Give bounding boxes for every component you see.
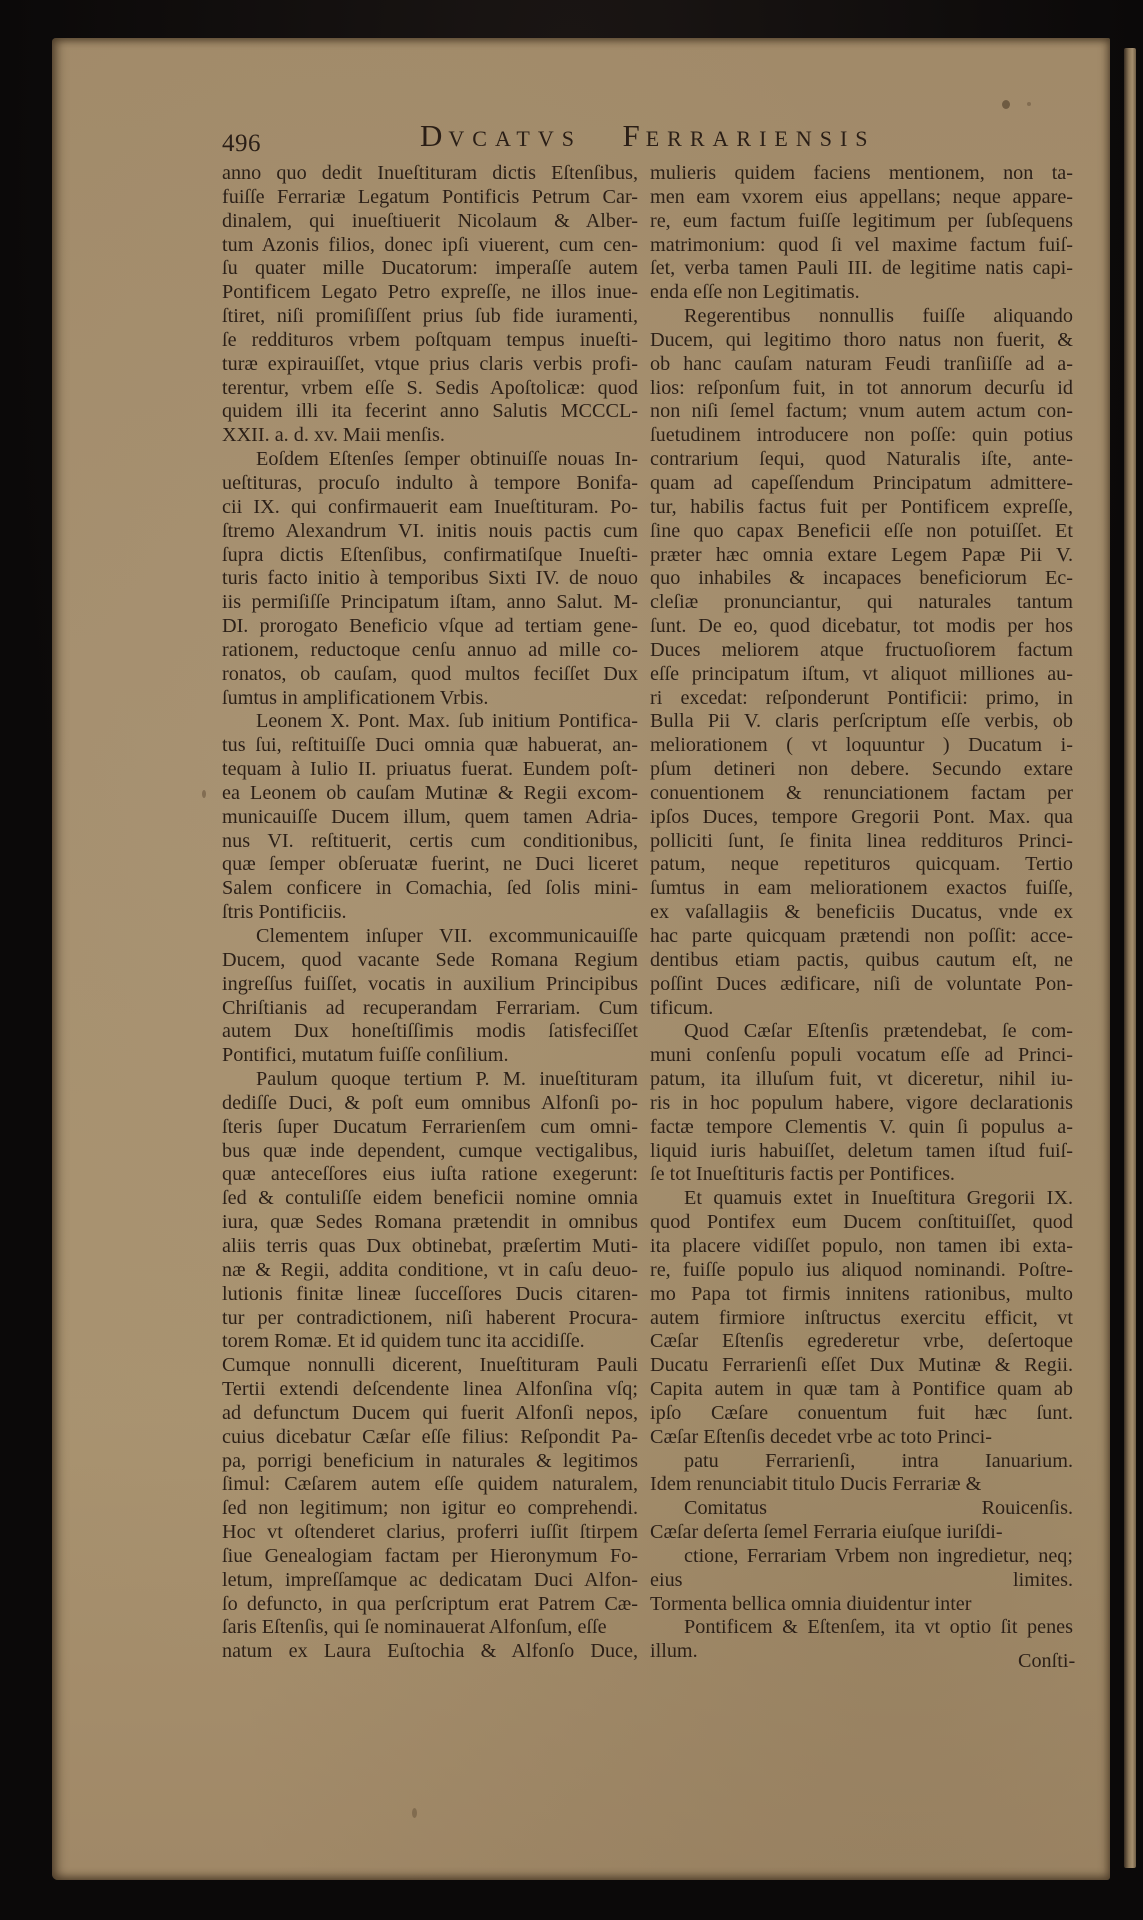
text-line: ita placere vidiſſet populo, non tamen i… [650,1235,1073,1259]
text-line: conuentionem & renunciationem factam per [650,782,1073,806]
text-line: turæ expirauiſſet, vtque prius claris ve… [222,353,638,377]
text-line: ſaris Eſtenſis, qui ſe nominauerat Alfon… [222,1616,638,1640]
text-line: terentur, vrbem eſſe S. Sedis Apoſtolicæ… [222,377,638,401]
text-line: tur per contradictionem, niſi haberent P… [222,1307,638,1331]
text-line: dentibus etiam pactis, quibus cautum eſt… [650,949,1073,973]
text-line: Quod Cæſar Eſtenſis prætendebat, ſe com- [650,1020,1073,1044]
text-line: mo Papa tot firmis innitens rationibus, … [650,1283,1073,1307]
text-line: ea Leonem ob cauſam Mutinæ & Regii excom… [222,782,638,806]
text-line: ſupra dictis Eſtenſibus, confirmatiſque … [222,544,638,568]
text-line: ſo defuncto, in qua perſcriptum erat Pat… [222,1593,638,1617]
text-line: ſteris ſuper Ducatum Ferrarienſem cum om… [222,1116,638,1140]
text-line: factæ tempore Clementis V. quin ſi popul… [650,1116,1073,1140]
text-line: Leonem X. Pont. Max. ſub initium Pontifi… [222,710,638,734]
text-line: Clementem inſuper VII. excommunicauiſſe [222,925,638,949]
running-title-cap-1: D [420,118,448,153]
running-title-word-1: VCATVS [448,126,582,151]
text-line: Pontificem Legato Petro expreſſe, ne ill… [222,281,638,305]
text-line: tus ſui, reſtituiſſe Duci omnia quæ habu… [222,734,638,758]
text-line: Chriſtianis ad recuperandam Ferrariam. C… [222,997,638,1021]
text-line: Tertii extendi deſcendente linea Alfonſi… [222,1378,638,1402]
text-line: ſine quo capax Beneficii eſſe non potuiſ… [650,520,1073,544]
text-line: polliciti ſunt, ſe finita linea redditur… [650,830,1073,854]
text-line: ſiue Genealogiam factam per Hieronymum F… [222,1545,638,1569]
text-line: ſed non legitimum; non igitur eo compreh… [222,1497,638,1521]
text-line: ſet, verba tamen Pauli III. de legitime … [650,257,1073,281]
text-line: ipſo Cæſare conuentum fuit hæc ſunt. [650,1402,1073,1426]
page-number: 496 [222,130,261,158]
text-line: cii IX. qui confirmauerit eam Inueſtitur… [222,496,638,520]
text-line: Comitatus Rouicenſis. [650,1497,1073,1521]
text-line: ronatos, ob cauſam, quod multos feciſſet… [222,663,638,687]
text-line: matrimonium: quod ſi vel maxime factum f… [650,234,1073,258]
text-line: Eoſdem Eſtenſes ſemper obtinuiſſe nouas … [222,448,638,472]
text-line: quo inhabiles & incapaces beneficiorum E… [650,567,1073,591]
text-line: nus VI. reſtituerit, certis cum conditio… [222,830,638,854]
text-line: tequam à Iulio II. priuatus fuerat. Eund… [222,758,638,782]
text-line: patu Ferrarienſi, intra Ianuarium. [650,1450,1073,1474]
text-line: enda eſſe non Legitimatis. [650,281,1073,305]
text-line: rationem, reductoque cenſu annuo ad mill… [222,639,638,663]
text-line: quæ anteceſſores eius iuſta ratione exeg… [222,1163,638,1187]
text-line: hac parte quicquam prætendi non poſſit: … [650,925,1073,949]
text-line: Et quamuis extet in Inueſtitura Gregorii… [650,1187,1073,1211]
text-line: Hoc vt oſtenderet clarius, proferri iuſſ… [222,1521,638,1545]
text-line: iura, quæ Sedes Romana prætendit in omni… [222,1211,638,1235]
text-line: ueſtituras, procuſo indulto à tempore Bo… [222,472,638,496]
text-line: ri excedat: reſponderunt Pontificii: pri… [650,687,1073,711]
text-line: ſe tot Inueſtituris factis per Pontifice… [650,1163,1073,1187]
text-line: næ & Regii, addita conditione, vt in caſ… [222,1259,638,1283]
text-line: DI. prorogato Beneficio vſque ad tertiam… [222,615,638,639]
text-line: re, eum factum fuiſſe legitimum per ſubſ… [650,210,1073,234]
text-line: Cæſar Eſtenſis egrederetur vrbe, deſerto… [650,1330,1073,1354]
running-title-word-2: ERRARIENSIS [646,126,876,151]
text-line: autem firmiore inſtructus exercitu effic… [650,1307,1073,1331]
text-line: anno quo dedit Inueſtituram dictis Eſten… [222,162,638,186]
left-text-column: anno quo dedit Inueſtituram dictis Eſten… [222,162,638,1664]
text-line: Capita autem in quæ tam à Pontifice quam… [650,1378,1073,1402]
text-line: ſumtus in amplificationem Vrbis. [222,687,638,711]
text-line: pa, porrigi beneficium in naturales & le… [222,1450,638,1474]
text-line: ſuetudinem introducere non poſſe: quin p… [650,424,1073,448]
text-line: Pontifici, mutatum fuiſſe conſilium. [222,1044,638,1068]
text-line: liquid iuris habuiſſet, deletum tamen iſ… [650,1140,1073,1164]
text-line: poſſint Duces ædificare, niſi de volunta… [650,973,1073,997]
text-line: Bulla Pii V. claris perſcriptum eſſe ver… [650,710,1073,734]
text-line: Ducatu Ferrarienſi eſſet Dux Mutinæ & Re… [650,1354,1073,1378]
text-line: Ducem, qui legitimo thoro natus non fuer… [650,329,1073,353]
text-line: ctione, Ferrariam Vrbem non ingredietur,… [650,1545,1073,1569]
text-line: tificum. [650,997,1073,1021]
right-text-column: mulieris quidem faciens mentionem, non t… [650,162,1073,1664]
catchword: Conſti- [1018,1650,1075,1673]
text-line: mulieris quidem faciens mentionem, non t… [650,162,1073,186]
text-line: letum, impreſſamque ac dedicatam Duci Al… [222,1569,638,1593]
text-line: Cæſar Eſtenſis decedet vrbe ac toto Prin… [650,1426,1073,1450]
text-line: muni conſenſu populi vocatum eſſe ad Pri… [650,1044,1073,1068]
text-line: iis permiſiſſe Principatum iſtam, anno S… [222,591,638,615]
text-line: ſumtus in eam meliorationem exactos fuiſ… [650,877,1073,901]
text-line: cuius dicebatur Cæſar eſſe filius: Reſpo… [222,1426,638,1450]
running-title-cap-2: F [622,118,645,153]
text-line: Salem conficere in Comachia, ſed ſolis m… [222,877,638,901]
text-line: lutionis finitæ lineæ ſucceſſores Ducis … [222,1283,638,1307]
text-line: turis facto initio à temporibus Sixti IV… [222,567,638,591]
text-line: aliis terris quas Dux obtinebat, præſert… [222,1235,638,1259]
text-line: quam ad capeſſendum Principatum admitter… [650,472,1073,496]
text-line: autem Dux honeſtiſſimis modis ſatisfeciſ… [222,1020,638,1044]
text-line: municauiſſe Ducem illum, quem tamen Adri… [222,806,638,830]
text-line: præter hæc omnia extare Legem Papæ Pii V… [650,544,1073,568]
text-line: Paulum quoque tertium P. M. inueſtituram [222,1068,638,1092]
text-line: fuiſſe Ferrariæ Legatum Pontificis Petru… [222,186,638,210]
text-line: ſe reddituros vrbem poſtquam tempus inue… [222,329,638,353]
text-line: ſed & contuliſſe eidem beneficii nomine … [222,1187,638,1211]
text-line: ſtremo Alexandrum VI. initis nouis pacti… [222,520,638,544]
text-line: Duces meliorem atque fructuoſiorem factu… [650,639,1073,663]
foxing-spot [412,1808,417,1818]
text-line: tur, habilis factus fuit per Pontificem … [650,496,1073,520]
foxing-spot [1002,100,1010,109]
text-line: tum Azonis filios, donec ipſi viuerent, … [222,234,638,258]
text-line: non niſi ſemel factum; vnum autem actum … [650,400,1073,424]
text-line: Idem renunciabit titulo Ducis Ferrariæ & [650,1473,1073,1497]
text-line: bus quæ inde dependent, cumque vectigali… [222,1140,638,1164]
text-line: patum, neque repetituros quicquam. Terti… [650,853,1073,877]
text-line: quæ ſemper obſeruatæ fuerint, ne Duci li… [222,853,638,877]
text-line: dediſſe Duci, & poſt eum omnibus Alfonſi… [222,1092,638,1116]
text-line: Ducem, quod vacante Sede Romana Regium [222,949,638,973]
text-line: ſu quater mille Ducatorum: imperaſſe aut… [222,257,638,281]
text-line: Tormenta bellica omnia diuidentur inter [650,1593,1073,1617]
text-line: ris in hoc populum habere, vigore declar… [650,1092,1073,1116]
running-title: DVCATVS FERRARIENSIS [420,118,880,152]
text-line: ipſos Duces, tempore Gregorii Pont. Max.… [650,806,1073,830]
text-line: Cumque nonnulli dicerent, Inueſtituram P… [222,1354,638,1378]
text-line: ad defunctum Ducem qui fuerit Alfonſi ne… [222,1402,638,1426]
foxing-spot [202,790,206,798]
text-line: meliorationem ( vt loquuntur ) Ducatum i… [650,734,1073,758]
text-line: men eam vxorem eius appellans; neque app… [650,186,1073,210]
text-line: ingreſſus fuiſſet, vocatis in auxilium P… [222,973,638,997]
text-line: ſunt. De eo, quod dicebatur, tot modis p… [650,615,1073,639]
text-line: pſum detineri non debere. Secundo extare [650,758,1073,782]
text-line: dinalem, qui inueſtiuerit Nicolaum & Alb… [222,210,638,234]
foxing-spot [1027,102,1031,106]
adjacent-page-edge [1124,48,1136,1868]
text-line: patum, ita illuſum fuit, vt diceretur, n… [650,1068,1073,1092]
text-line: lios: reſponſum fuit, in tot annorum dec… [650,377,1073,401]
text-line: Cæſar deſerta ſemel Ferraria eiuſque iur… [650,1521,1073,1545]
text-line: quod Pontifex eum Ducem conſtituiſſet, q… [650,1211,1073,1235]
text-line: ſimul: Cæſarem autem eſſe quidem natural… [222,1473,638,1497]
text-line: re, fuiſſe populo ius aliquod nominandi.… [650,1259,1073,1283]
text-line: ob hanc cauſam naturam Feudi tranſiiſſe … [650,353,1073,377]
text-line: eius limites. [650,1569,1073,1593]
text-line: Regerentibus nonnullis fuiſſe aliquando [650,305,1073,329]
text-line: contrarium ſequi, quod Naturalis iſte, a… [650,448,1073,472]
text-line: natum ex Laura Euſtochia & Alfonſo Duce, [222,1640,638,1664]
text-line: Pontificem & Eſtenſem, ita vt optio ſit … [650,1616,1073,1640]
text-line: ſtiret, niſi promiſiſſent prius ſub fide… [222,305,638,329]
text-line: cleſiæ pronunciantur, qui naturales tant… [650,591,1073,615]
text-line: XXII. a. d. xv. Maii menſis. [222,424,638,448]
text-line: ſtris Pontificiis. [222,901,638,925]
text-line: quidem illi ita fecerint anno Salutis MC… [222,400,638,424]
text-line: illum. [650,1640,1073,1664]
text-line: eſſe principatum iſtum, vt aliquot milli… [650,663,1073,687]
text-line: torem Romæ. Et id quidem tunc ita accidi… [222,1330,638,1354]
text-line: ex vaſallagiis & beneficiis Ducatus, vnd… [650,901,1073,925]
